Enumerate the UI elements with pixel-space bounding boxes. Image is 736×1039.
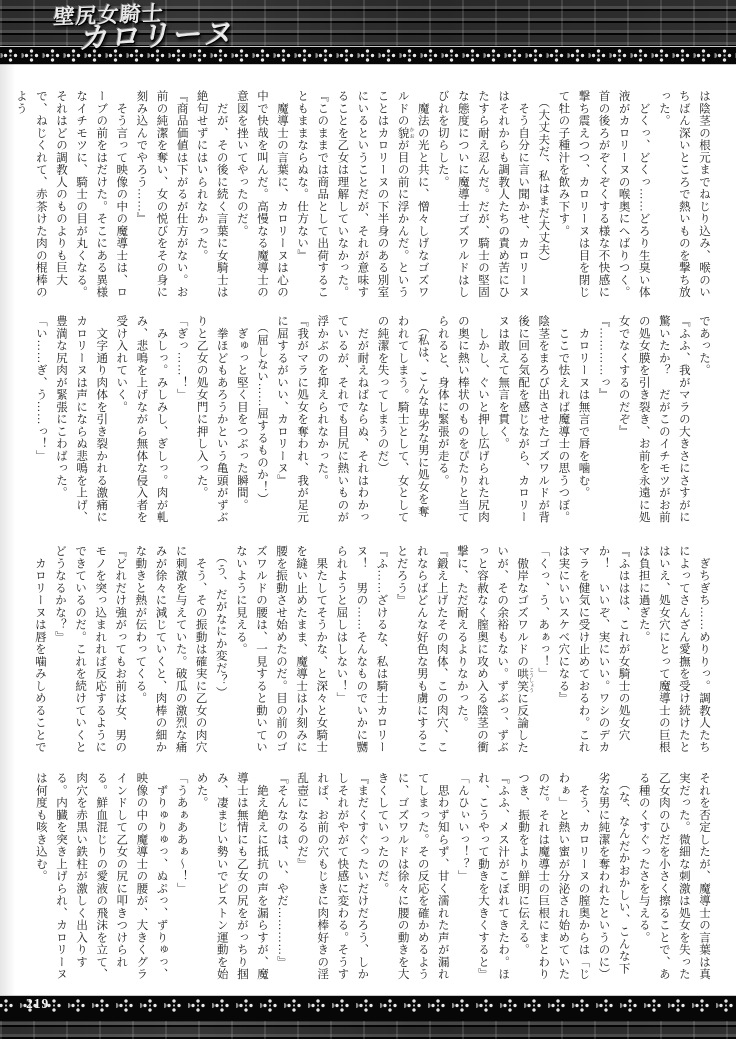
paragraph: ぎちぎち……めりりっ。調教人たちによってさんざん愛撫を受け続けたとはいえ、処女穴… [634,545,714,754]
bottom-ornament-band [0,995,736,1023]
paragraph: （私は、こんな卑劣な男に処女を奪われてしまう。騎士として、女としての純潔を失って… [372,315,432,524]
paragraph: 思わず知らず、甘く濡れた声が漏れてしまった。その反応を確かめるように、ゴズワルド… [372,772,452,981]
paragraph: みしっ。みしみし、ぎしっ。肉が軋み、悲鳴を上げながら無体な侵入者を受け入れていく… [111,315,171,524]
text-band-4: それを否定したが、魔導士の言葉は真実だった。微細な刺激は処女を失った乙女肉のひだ… [31,772,714,981]
paragraph: だが耐えねばならぬ、それはわかっているが、それでも目尻に熱いものが浮かぶのを抑え… [312,315,372,524]
page-number: 219 [26,996,49,1012]
paragraph: そう言って映像の中の魔導士は、ローブの前をはだけた。そこにある異様なイチモツに、… [11,90,132,299]
paragraph: （う、だがなにか変だ？） [211,545,231,754]
paragraph: 魔法の光と共に、憎々しげなゴズワルドの貌かおが目の前に浮かんだ。ということはカロ… [332,90,432,299]
paragraph: それを否定したが、魔導士の言葉は真実だった。微細な刺激は処女を失った乙女肉のひだ… [634,772,714,981]
paragraph: そう、カロリーヌの膣奥からは「じわぁ」と熱い蜜が分泌され始めていたのだ。それは魔… [513,772,593,981]
series-logo-subtitle: カロリーヌ [78,20,238,55]
paragraph: （な、なんだかおかしい、こんな下劣な男に純潔を奪われたというのに） [593,772,633,981]
paragraph: 文字通り肉体を引き裂かれる激痛にカロリーヌは声にならぬ悲鳴を上げ、豊満な尻肉が緊… [51,315,111,524]
paragraph: 果たしてそうかな、と深々と女騎士を縫い止めたまま、魔導士は小刻みに腰を振動させ始… [231,545,331,754]
paragraph: 『ふふ、我がマラの大きさにさすがに驚いたか？ だがこのイチモツがお前の処女膜を引… [614,315,694,524]
paragraph: 『ふふ、メス汁がこぼれてきたわ。ほれ、こうやって動きを大きくすると』 [473,772,513,981]
paragraph: であった。 [694,315,714,524]
paragraph: ここで怯えれば魔導士の思うつぼ。陰茎をまろび出させたゴズワルドが背後に回る気配を… [493,315,573,524]
paragraph: ずりゅりゅっ、ぬぷっ、ずりゅっ、映像の中の魔導士の腰が、大きくグラインドして乙女… [31,772,172,981]
paragraph: 『このままでは商品として出荷することもままならぬな。仕方ない』 [292,90,332,299]
paragraph: （大丈夫だ、私はまだ大丈夫） [533,90,553,299]
paragraph: 『まだくすぐったいだけだろう、しかしそれがやがて快感に変わる。そうすれば、お前の… [292,772,372,981]
bottom-brick-border [0,1021,736,1039]
paragraph: 拳ほどもあろうかという亀頭がずぶりと乙女の処女門に押し入った。 [192,315,232,524]
paragraph: 「い……ぎ、う……っ！」 [31,315,51,524]
paragraph: 『鍛え上げたその肉体、この肉穴、これならばどんな好色な男も虜にすることだろう』 [392,545,452,754]
paragraph: 『ふ……ざけるな、私は騎士カロリーヌ！ 男の……そんなものでいかに嬲られようと屈… [331,545,391,754]
paragraph: 「んひぃいっ！？」 [453,772,473,981]
paragraph: 『我がマラに処女を奪われ、我が足元に屈するがいい、カロリーヌ』 [272,315,312,524]
series-logo: 壁尻女騎士 カロリーヌ [53,1,236,55]
paragraph: 魔導士の言葉に、カロリーヌは心の中で快哉を叫んだ。高慢なる魔導士の意図を挫いてや… [232,90,292,299]
paragraph: （屈しない……屈するものか！） [252,315,272,524]
paragraph: しかし、ぐいと押し広げられた尻肉の奥に熱い棒状のものをぴたりと当てられると、身体… [433,315,493,524]
paragraph: 『ふははは、これが女騎士の処女穴か！ いいぞ、実にいい。ワシのデカマラを健気に受… [553,545,633,754]
paragraph: は陰茎の根元までねじり込み、喉のいちばん深いところで熱いものを撃ち放った。 [654,90,714,299]
paragraph: 「うあぁああぁ〜！」 [171,772,191,981]
paragraph: どくっ、どくっ……どろり生臭い体液がカロリーヌの喉奥にへばりつく。首の後ろがぞく… [553,90,653,299]
paragraph: カロリーヌは唇を噛みしめることで [30,545,50,754]
paragraph: そう、その振動は確実に乙女の肉穴に刺激を与えていた。破瓜の激烈な痛みが徐々に減じ… [130,545,210,754]
novel-page: { "header": { "logo_line1": "壁尻女騎士", "lo… [0,0,736,1039]
text-band-1: は陰茎の根元までねじり込み、喉のいちばん深いところで熱いものを撃ち放った。 どく… [11,90,714,299]
paragraph: カロリーヌは無言で唇を噛む。 [573,315,593,524]
paragraph: 傲岸なゴズワルドの哄笑こうしょうに反論したいが、その余裕もない。ずぶっ、ずぶっと… [452,545,533,754]
paragraph: 絶え絶えに抵抗の声を漏らすが、魔導士は無情にも乙女の尻をがっちり掴み、凄まじい勢… [192,772,272,981]
paragraph: 「くっ、う、あぁっ！」 [533,545,553,754]
text-band-3: ぎちぎち……めりりっ。調教人たちによってさんざん愛撫を受け続けたとはいえ、処女穴… [30,545,714,754]
paragraph: そう自分に言い聞かせ、カロリーヌはそれからも調教人たちの責め苦にひたすら耐え忍ん… [433,90,533,299]
paragraph: 『商品価値は下がるが仕方がない。お前の純潔を奪い、女の悦びをその身に刻み込んでや… [131,90,191,299]
text-band-2: であった。『ふふ、我がマラの大きさにさすがに驚いたか？ だがこのイチモツがお前の… [31,315,714,524]
paragraph: 「ぎっ……！」 [171,315,191,524]
paragraph: ぎゅっと堅く目をつぶった瞬間。 [232,315,252,524]
paragraph: 『どれだけ強がってもお前は女、男のモノを突っ込まれれば反応するようにできているの… [50,545,130,754]
paragraph: 『…………っ』 [593,315,613,524]
paragraph: 『そんなのは、い、やだ…………』 [272,772,292,981]
paragraph: だが、その後に続く言葉に女騎士は絶句せずにはいられなかった。 [192,90,232,299]
